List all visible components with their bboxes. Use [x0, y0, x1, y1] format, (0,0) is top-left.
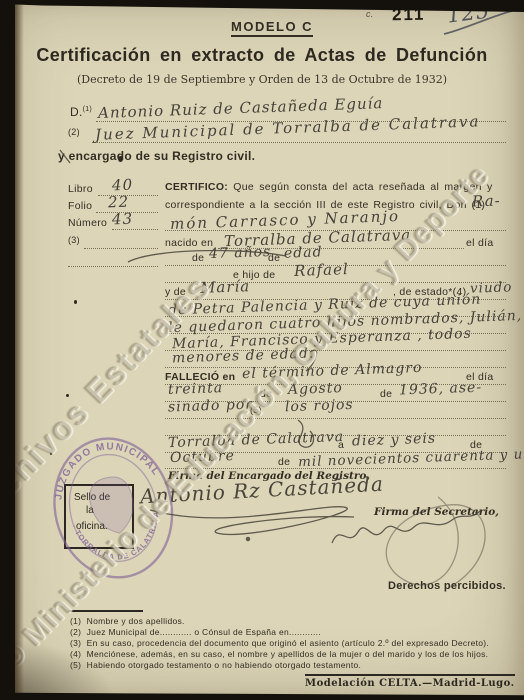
a-label: a [338, 439, 344, 451]
footnote-ref-5: (5) [250, 405, 262, 415]
dotted-line [84, 248, 158, 249]
secretary-signature-label: Firma del Secretario, [374, 506, 499, 518]
nacido-label: nacido en [165, 237, 213, 249]
d-label-text: D. [70, 105, 83, 119]
yde-label: y de [165, 286, 186, 298]
death-year: 1936, ase- [399, 380, 483, 399]
libro-label: Libro [68, 183, 93, 195]
footnote-ref-3: (3) [68, 235, 80, 245]
scan-left-shadow [15, 0, 24, 700]
numero-label: Número [68, 217, 107, 229]
scan-top-border [0, 0, 524, 13]
printer-imprint: Modelación CELTA.—Madrid-Lugo. [305, 674, 515, 689]
footnote-3: (3) En su caso, procedencia del document… [70, 638, 489, 648]
eldia-label: el día [466, 237, 494, 249]
age-value: 47 años [209, 244, 272, 262]
death-month: Agosto [288, 380, 343, 398]
document-subtitle: (Decreto de 19 de Septiembre y Orden de … [0, 73, 524, 86]
footnote-text: Menciónese, además, en su caso, el nombr… [87, 649, 489, 659]
certifico-rest: Que según consta del acta reseñada al ma… [233, 181, 492, 193]
death-cause-1: sinado por [168, 397, 253, 416]
footnote-4: (4) Menciónese, además, en su caso, el n… [70, 649, 488, 659]
dotted-line [112, 229, 158, 230]
father-name: Rafael [294, 260, 349, 280]
certifico-keyword: CERTIFICO: [165, 181, 228, 193]
numero-value: 43 [112, 210, 134, 229]
de-label-c: de [260, 388, 272, 400]
fees-label: Derechos percibidos. [388, 580, 506, 592]
stamp-coat-of-arms [85, 473, 140, 538]
dotted-line [68, 266, 158, 267]
footnote-num: (1) [70, 616, 81, 626]
de-label-a: de [192, 252, 204, 264]
issue-place: Torralba de Calatrava [168, 429, 345, 451]
issue-year: mil novecientos cuarenta y uno [298, 446, 524, 471]
stray-pen-mark: c. [366, 9, 374, 19]
folio-value: 22 [108, 193, 130, 212]
deceased-name-start: Ra- [472, 192, 501, 211]
footnote-divider [68, 610, 143, 612]
footnote-ref-1: (1) [83, 106, 92, 113]
death-day: treinta [168, 380, 224, 398]
form-model-label: MODELO C [231, 19, 313, 37]
scan-left-border [0, 0, 15, 700]
document-title: Certificación en extracto de Actas de De… [0, 45, 524, 66]
issue-day: diez y seis [352, 431, 437, 450]
ink-speck [74, 300, 77, 304]
footnote-text: Nombre y dos apellidos. [87, 616, 185, 626]
footnote-1: (1) Nombre y dos apellidos. [70, 616, 185, 626]
intro-tail: y encargado de su Registro civil. [58, 149, 255, 163]
dotted-line [92, 142, 506, 143]
de-label-f: de [278, 456, 290, 468]
death-cause-2: los rojos [285, 397, 354, 415]
death-place: el término de Almagro [242, 360, 423, 382]
d-label: D.(1) [70, 105, 92, 119]
certifico-line-1: CERTIFICO: Que según consta del acta res… [165, 181, 493, 193]
dotted-line [165, 418, 506, 419]
age-word: edad [284, 244, 323, 261]
document-scan: © Ministerio de Educación, Cultura y Dep… [0, 0, 524, 700]
paraph-dot [246, 537, 249, 540]
footnote-text: En su caso, procedencia del documento qu… [87, 638, 489, 648]
ink-speck [66, 394, 69, 397]
de-label-d: de [380, 388, 392, 400]
ink-speck [118, 156, 123, 162]
ink-speck [50, 452, 52, 455]
mother-name: María [200, 277, 251, 297]
folio-label: Folio [68, 200, 92, 212]
libro-value: 40 [112, 176, 134, 195]
issue-month: Octubre [170, 448, 235, 466]
footnote-ref-2: (2) [68, 127, 80, 137]
de-label-b: de [268, 252, 280, 264]
